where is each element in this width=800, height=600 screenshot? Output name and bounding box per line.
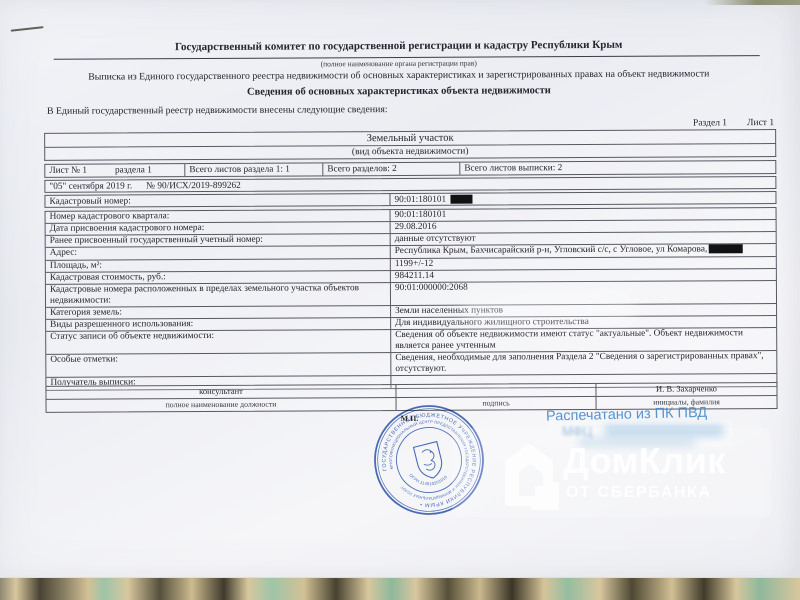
attribute-label: Номер кадастрового квартала:: [46, 210, 391, 223]
section-no: раздела 1: [115, 164, 152, 176]
address-value: Республика Крым, Бахчисарайский р-н, Угл…: [395, 244, 708, 256]
cadastral-number-row: Кадастровый номер: 90:01:180101: [44, 191, 776, 208]
attribute-label: Кадастровый номер:: [45, 194, 390, 207]
domklik-brand-text: ДомКлик: [563, 440, 726, 482]
sheets-in-section-cell: Всего листов раздела 1: 1: [185, 163, 323, 176]
attribute-value: 90:01:180101: [391, 208, 776, 221]
attribute-value: Республика Крым, Бахчисарайский р-н, Угл…: [391, 244, 776, 258]
extract-number: № 90/ИСХ/2019-899262: [146, 180, 241, 191]
extract-date: "05" сентября 2019 г.: [49, 180, 132, 191]
attribute-value: 29.08.2016: [391, 220, 776, 233]
attribute-value: данные отсутствуют: [391, 232, 776, 245]
table-row: Статус записи об объекте недвижимости: С…: [46, 327, 776, 354]
position-caption: полное наименование должности: [47, 398, 397, 412]
intro-line: В Единый государственный реестр недвижим…: [47, 104, 388, 117]
photo-watermark-blob: [462, 286, 637, 328]
attribute-label: Статус записи об объекте недвижимости:: [46, 330, 391, 354]
attribute-value: 984211.14: [391, 269, 776, 282]
sheet-number-cell: Лист № 1 раздела 1: [45, 164, 185, 177]
attribute-label: Площадь, м²:: [46, 259, 391, 272]
attribute-value: Сведения, необходимые для заполнения Раз…: [391, 351, 776, 375]
cadastral-number: 90:01:180101: [394, 193, 446, 205]
object-type-table: Земельный участок (вид объекта недвижимо…: [44, 129, 776, 161]
sections-total-cell: Всего разделов: 2: [323, 163, 460, 176]
pen-mark: [11, 26, 44, 32]
attribute-label: Кадастровая стоимость, руб.:: [46, 271, 391, 284]
object-type-caption: (вид объекта недвижимости): [44, 144, 776, 161]
tablecloth-background: [0, 577, 800, 600]
table-row: Особые отметки: Сведения, необходимые дл…: [46, 350, 776, 377]
attribute-label: Кадастровые номера расположенных в преде…: [46, 283, 391, 307]
redaction-box: [708, 245, 742, 254]
table-row: Кадастровые номера расположенных в преде…: [46, 280, 776, 307]
signer-position: консультант: [46, 385, 396, 399]
sheets-total-cell: Всего листов выписки: 2: [460, 161, 775, 175]
section-sheet-labels: Раздел 1 Лист 1: [559, 118, 774, 129]
attribute-value: 90:01:180101: [390, 192, 775, 205]
attribute-label: Дата присвоения кадастрового номера:: [46, 222, 391, 235]
domklik-sub-text: ОТ СБЕРБАНКА: [566, 484, 712, 502]
attribute-label: Адрес:: [46, 246, 391, 260]
attribute-label: Ранее присвоенный государственный учетны…: [46, 234, 391, 247]
attribute-label: Категория земель:: [46, 306, 391, 319]
attribute-label: Особые отметки:: [46, 353, 391, 377]
attribute-value: 1199+/-12: [391, 257, 776, 270]
stamp-ogrn-text: ОГРН 114910201016: [408, 464, 450, 491]
document-photo: Государственный комитет по государственн…: [0, 0, 800, 600]
domklik-house-icon: [497, 438, 561, 512]
sheet-no: Лист № 1: [49, 165, 87, 177]
attribute-value: Сведения об объекте недвижимости имеют с…: [391, 328, 776, 352]
document-subtitle: Сведения об основных характеристиках объ…: [44, 84, 754, 99]
attributes-table: Номер кадастрового квартала: 90:01:18010…: [45, 207, 778, 391]
date-number-row: "05" сентября 2019 г. № 90/ИСХ/2019-8992…: [44, 176, 776, 193]
authority-title: Государственный комитет по государственн…: [44, 38, 754, 55]
section-label: Раздел 1: [693, 118, 727, 128]
svg-text:ОГРН 114910201016: ОГРН 114910201016: [408, 464, 450, 491]
sheets-meta-row: Лист № 1 раздела 1 Всего листов раздела …: [44, 160, 776, 178]
sheet-label: Лист 1: [747, 118, 774, 128]
redaction-box: [450, 195, 472, 204]
document-title: Выписка из Единого государственного реес…: [44, 68, 754, 83]
attribute-label: Виды разрешенного использования:: [46, 318, 391, 331]
signer-name: И. В. Захарченко: [596, 383, 776, 396]
signature-field: [396, 384, 596, 397]
